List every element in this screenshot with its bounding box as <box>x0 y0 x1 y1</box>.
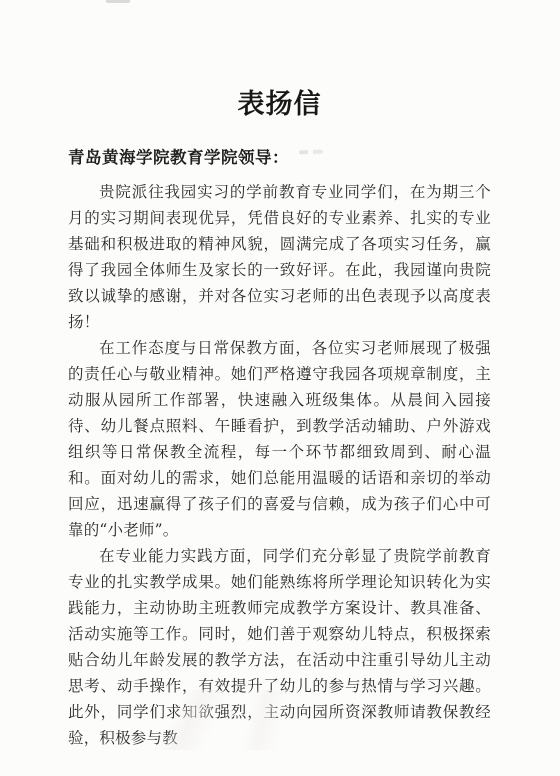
letter-page: 表扬信 青岛黄海学院教育学院领导： 贵院派往我园实习的学前教育专业同学们，在为期… <box>0 0 560 776</box>
paragraph-work-attitude: 在工作态度与日常保教方面，各位实习老师展现了极强的责任心与敬业精神。她们严格遵守… <box>68 335 491 543</box>
paragraph-overview: 贵院派往我园实习的学前教育专业同学们，在为期三个月的实习期间表现优异，凭借良好的… <box>68 179 491 335</box>
letter-title: 表扬信 <box>68 0 491 120</box>
salutation: 青岛黄海学院教育学院领导： <box>68 146 491 170</box>
letter-content: 表扬信 青岛黄海学院教育学院领导： 贵院派往我园实习的学前教育专业同学们，在为期… <box>68 0 491 751</box>
letter-body: 贵院派往我园实习的学前教育专业同学们，在为期三个月的实习期间表现优异，凭借良好的… <box>68 179 491 751</box>
paragraph-professional-skills: 在专业能力实践方面，同学们充分彰显了贵院学前教育专业的扎实教学成果。她们能熟练将… <box>68 543 491 751</box>
